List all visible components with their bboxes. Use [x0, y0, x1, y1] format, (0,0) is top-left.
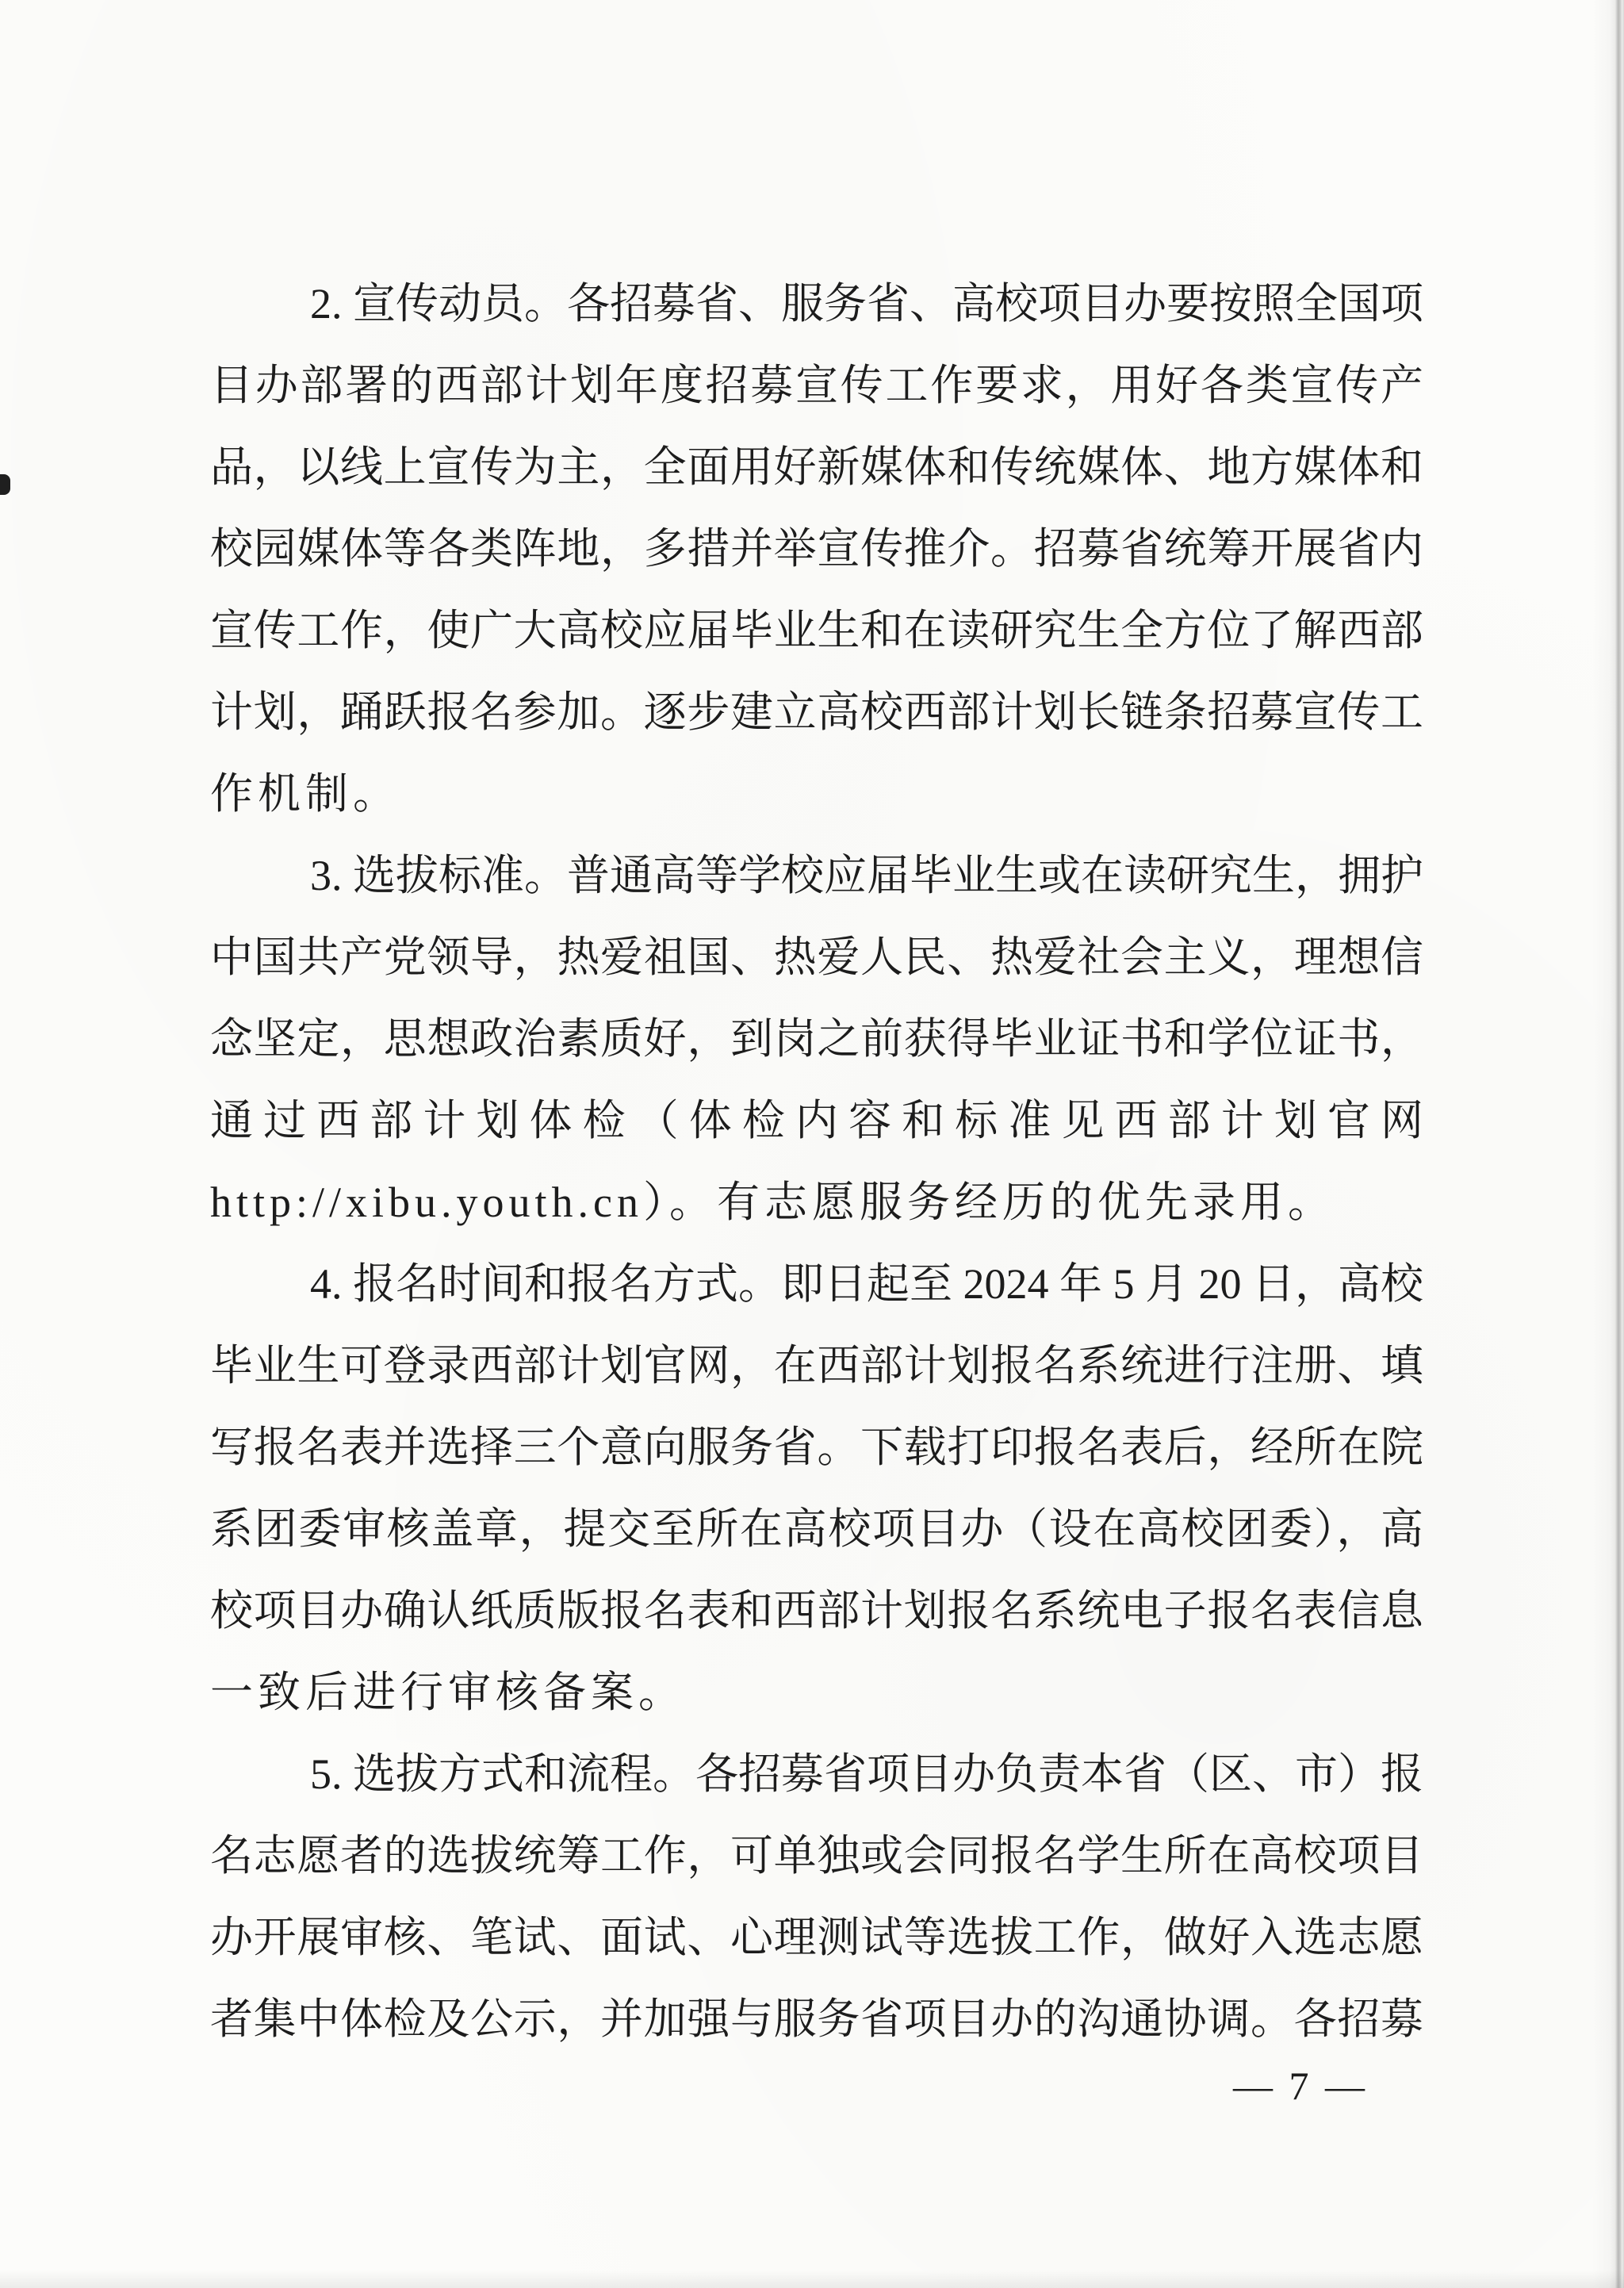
- text-line: 中国共产党领导，热爱祖国、热爱人民、热爱社会主义，理想信: [210, 917, 1423, 998]
- text-line: 念坚定，思想政治素质好，到岗之前获得毕业证书和学位证书，: [210, 998, 1423, 1080]
- text-line: 办开展审核、笔试、面试、心理测试等选拔工作，做好入选志愿: [210, 1897, 1423, 1979]
- text-line: 一致后进行审核备案。: [210, 1652, 1423, 1734]
- scan-artifact-left-mark: [0, 474, 10, 495]
- text-line: 5. 选拔方式和流程。各招募省项目办负责本省（区、市）报: [210, 1734, 1423, 1815]
- scan-edge-right-shadow: [1592, 0, 1624, 2288]
- text-line: 校项目办确认纸质版报名表和西部计划报名系统电子报名表信息: [210, 1570, 1423, 1652]
- text-line: 品，以线上宣传为主，全面用好新媒体和传统媒体、地方媒体和: [210, 427, 1423, 508]
- page-number: — 7 —: [1233, 2063, 1368, 2109]
- document-text: 2. 宣传动员。各招募省、服务省、高校项目办要按照全国项目办部署的西部计划年度招…: [210, 263, 1423, 2060]
- paragraph: 3. 选拔标准。普通高等学校应届毕业生或在读研究生，拥护中国共产党领导，热爱祖国…: [210, 835, 1423, 1244]
- text-line: http://xibu.youth.cn）。有志愿服务经历的优先录用。: [210, 1162, 1423, 1244]
- text-line: 3. 选拔标准。普通高等学校应届毕业生或在读研究生，拥护: [210, 835, 1423, 917]
- text-line: 名志愿者的选拔统筹工作，可单独或会同报名学生所在高校项目: [210, 1815, 1423, 1897]
- text-line: 2. 宣传动员。各招募省、服务省、高校项目办要按照全国项: [210, 263, 1423, 345]
- text-line: 者集中体检及公示，并加强与服务省项目办的沟通协调。各招募: [210, 1979, 1423, 2060]
- text-line: 校园媒体等各类阵地，多措并举宣传推介。招募省统筹开展省内: [210, 508, 1423, 590]
- scanned-document-page: 2. 宣传动员。各招募省、服务省、高校项目办要按照全国项目办部署的西部计划年度招…: [0, 0, 1624, 2288]
- text-line: 通过西部计划体检（体检内容和标准见西部计划官网: [210, 1080, 1423, 1162]
- text-line: 宣传工作，使广大高校应届毕业生和在读研究生全方位了解西部: [210, 590, 1423, 672]
- text-line: 4. 报名时间和报名方式。即日起至 2024 年 5 月 20 日，高校: [210, 1244, 1423, 1325]
- text-line: 系团委审核盖章，提交至所在高校项目办（设在高校团委），高: [210, 1489, 1423, 1570]
- text-line: 作机制。: [210, 753, 1423, 835]
- paragraph: 5. 选拔方式和流程。各招募省项目办负责本省（区、市）报名志愿者的选拔统筹工作，…: [210, 1734, 1423, 2060]
- text-line: 计划，踊跃报名参加。逐步建立高校西部计划长链条招募宣传工: [210, 672, 1423, 753]
- text-line: 写报名表并选择三个意向服务省。下载打印报名表后，经所在院: [210, 1407, 1423, 1489]
- text-line: 目办部署的西部计划年度招募宣传工作要求，用好各类宣传产: [210, 345, 1423, 427]
- paragraph: 4. 报名时间和报名方式。即日起至 2024 年 5 月 20 日，高校毕业生可…: [210, 1244, 1423, 1734]
- scan-edge-bottom-shadow: [0, 2271, 1624, 2288]
- paragraph: 2. 宣传动员。各招募省、服务省、高校项目办要按照全国项目办部署的西部计划年度招…: [210, 263, 1423, 835]
- text-line: 毕业生可登录西部计划官网，在西部计划报名系统进行注册、填: [210, 1325, 1423, 1407]
